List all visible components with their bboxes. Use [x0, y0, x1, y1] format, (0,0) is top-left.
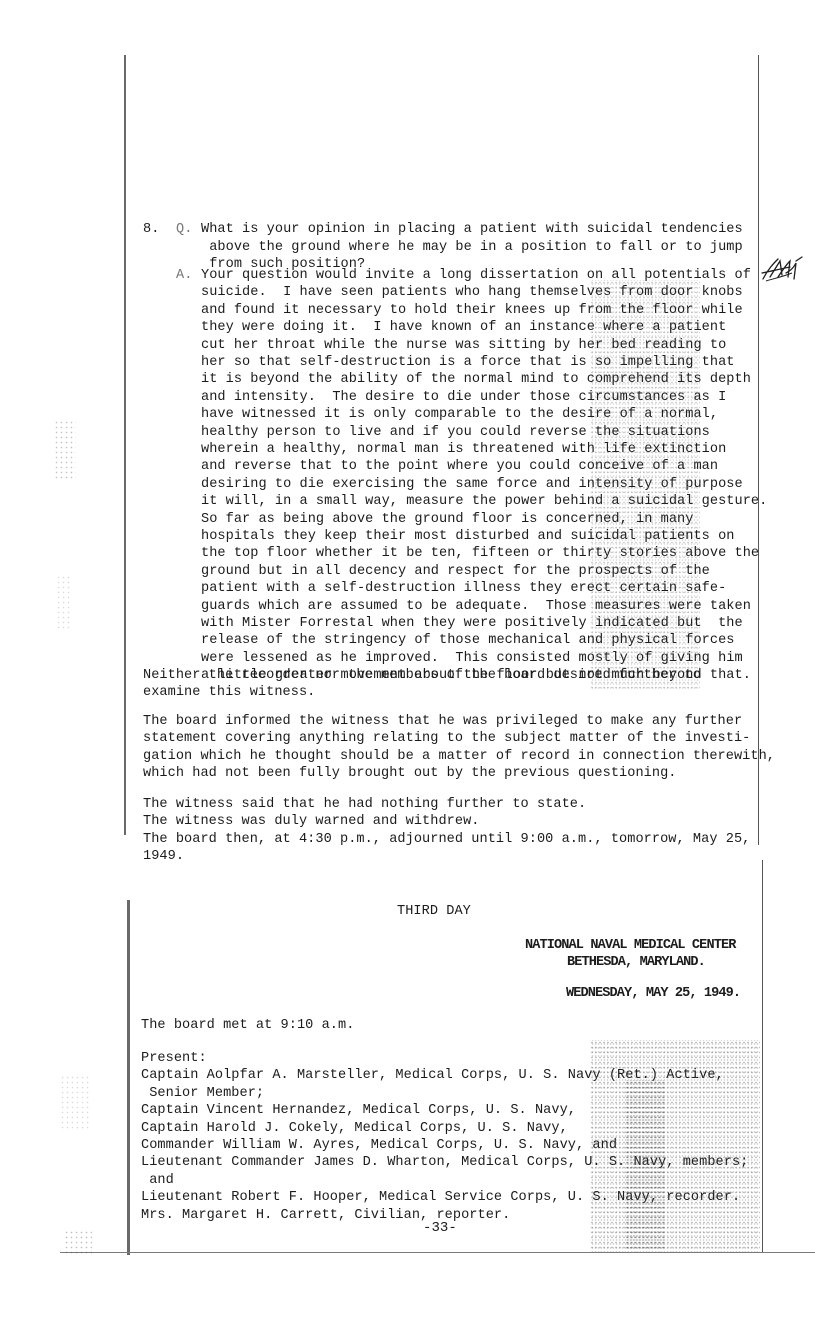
scan-smudge — [590, 280, 700, 690]
attendee-line: Commander William W. Ayres, Medical Corp… — [141, 1137, 617, 1154]
top-page-left-edge — [124, 55, 126, 835]
present-label: Present: — [141, 1050, 207, 1067]
paragraph-line: 1949. — [143, 848, 184, 865]
handwritten-initials-icon — [760, 255, 804, 285]
answer-marker: A. — [176, 267, 192, 284]
top-page-right-edge — [758, 55, 759, 845]
question-line: What is your opinion in placing a patien… — [201, 221, 743, 238]
session-date: WEDNESDAY, MAY 25, 1949. — [566, 985, 740, 1002]
margin-smudge — [54, 420, 76, 480]
paragraph-line: gation which he thought should be a matt… — [143, 748, 775, 765]
paragraph-line: The board informed the witness that he w… — [143, 713, 742, 730]
board-met-time: The board met at 9:10 a.m. — [141, 1017, 354, 1034]
bottom-page-left-edge — [127, 900, 130, 1255]
paragraph-line: The witness said that he had nothing fur… — [143, 796, 586, 813]
bottom-page-bottom-edge — [60, 1252, 815, 1253]
margin-smudge — [60, 1075, 90, 1130]
scan-smudge — [590, 1040, 760, 1252]
day-heading: THIRD DAY — [397, 903, 471, 920]
paragraph-line: Neither the recorder nor the members of … — [143, 667, 701, 684]
attendee-line: Captain Harold J. Cokely, Medical Corps,… — [141, 1120, 568, 1137]
location-line: BETHESDA, MARYLAND. — [567, 954, 705, 971]
question-number: 8. — [143, 221, 159, 238]
question-line: above the ground where he may be in a po… — [201, 239, 743, 256]
paragraph-line: statement covering anything relating to … — [143, 730, 750, 747]
margin-smudge — [56, 575, 70, 630]
location-line: NATIONAL NAVAL MEDICAL CENTER — [525, 937, 735, 954]
paragraph-line: The witness was duly warned and withdrew… — [143, 813, 480, 830]
bottom-page-right-edge — [762, 860, 763, 1252]
question-marker: Q. — [176, 221, 192, 238]
page-number: -33- — [423, 1220, 457, 1237]
attendee-line: Senior Member; — [141, 1085, 264, 1102]
scan-smudge — [625, 1080, 665, 1250]
attendee-line: Captain Vincent Hernandez, Medical Corps… — [141, 1102, 576, 1119]
paragraph-line: which had not been fully brought out by … — [143, 765, 677, 782]
paragraph-line: The board then, at 4:30 p.m., adjourned … — [143, 831, 750, 848]
paragraph-line: examine this witness. — [143, 684, 315, 701]
attendee-line: and — [141, 1172, 174, 1189]
margin-smudge — [64, 1230, 92, 1254]
